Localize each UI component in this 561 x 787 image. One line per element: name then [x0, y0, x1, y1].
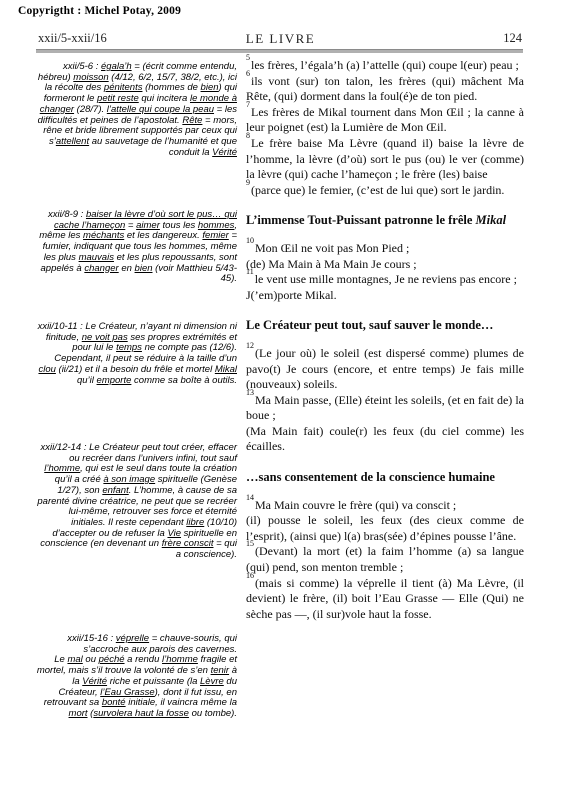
- verse-number: 6: [246, 69, 251, 78]
- verse-number: 12: [246, 341, 255, 350]
- verse-text: J(’em)porte Mikal.: [246, 288, 337, 302]
- verse: 14Ma Main couvre le frère (qui) va consc…: [246, 498, 524, 514]
- margin-note: xxii/10-11 : Le Créateur, n’ayant ni dim…: [36, 322, 237, 386]
- note-keyword: pénitents: [104, 82, 143, 93]
- note-keyword: à son image: [103, 474, 155, 485]
- verse-number: 13: [246, 388, 255, 397]
- note-keyword: ne voit pas: [82, 332, 128, 343]
- note-text: qu’il: [77, 375, 97, 386]
- verse: 7Les frères de Mikal tournent dans Mon Œ…: [246, 105, 524, 136]
- verse-text: (Ma Main fait) coule(r) les feux (du cie…: [246, 424, 524, 454]
- margin-notes: xxii/5-6 : égala’h = (écrit comme entend…: [36, 0, 237, 787]
- note-keyword: Rête: [182, 115, 202, 126]
- note-keyword: survolera haut la fosse: [93, 708, 189, 719]
- verse-number: 8: [246, 131, 251, 140]
- note-keyword: clou: [38, 364, 55, 375]
- verse-number: 10: [246, 236, 255, 245]
- margin-note: xxii/12-14 : Le Créateur peut tout créer…: [36, 443, 237, 561]
- verse-text: ils vont (sur) ton talon, les frères (qu…: [246, 74, 524, 104]
- verse-text: (Devant) la mort (et) la faim l’homme (a…: [246, 544, 524, 574]
- verse: 16(mais si comme) la véprelle il tient (…: [246, 576, 524, 623]
- verse-number: 7: [246, 100, 251, 109]
- note-keyword: libre: [186, 517, 204, 528]
- note-text: =: [125, 220, 136, 231]
- verse: 5les frères, l’égala’h (a) l’attelle (qu…: [246, 58, 524, 74]
- note-keyword: petit reste: [97, 93, 139, 104]
- verse-text: (mais si comme) la véprelle il tient (à)…: [246, 576, 524, 621]
- book-page: Copyrigtht : Michel Potay, 2009 LE LIVRE…: [0, 0, 561, 787]
- note-keyword: l’homme: [162, 654, 198, 665]
- note-text: Le: [54, 654, 67, 665]
- note-text: initiale, il vaincra même la: [126, 697, 237, 708]
- note-keyword: Lèvre: [200, 676, 224, 687]
- note-keyword: mal: [67, 654, 82, 665]
- verse-text: (Le jour où) le soleil (est dispersé com…: [246, 346, 524, 391]
- note-keyword: femier: [202, 230, 228, 241]
- note-keyword: bien: [201, 82, 219, 93]
- verse-number: 11: [246, 267, 255, 276]
- section-heading: …sans consentement de la conscience huma…: [246, 470, 524, 486]
- verse: J(’em)porte Mikal.: [246, 288, 524, 304]
- note-keyword: changer: [84, 263, 118, 274]
- verse-number: 9: [246, 178, 251, 187]
- verse-text: Ma Main couvre le frère (qui) va conscit…: [255, 498, 456, 512]
- note-keyword: Mikal: [215, 364, 237, 375]
- verse-text: (de) Ma Main à Ma Main Je cours ;: [246, 257, 417, 271]
- note-keyword: moisson: [73, 72, 108, 83]
- note-keyword: péché: [99, 654, 125, 665]
- note-text: xxii/5-6 :: [63, 61, 101, 72]
- verse: 11le vent use mille montagnes, Je ne rev…: [246, 272, 524, 288]
- margin-note: xxii/15-16 : véprelle = chauve-souris, q…: [36, 634, 237, 720]
- verse-text: (il) pousse le soleil, les feux (des cie…: [246, 513, 524, 543]
- note-keyword: Vie: [167, 528, 181, 539]
- heading-text: …sans consentement de la conscience huma…: [246, 470, 495, 484]
- note-keyword: bonté: [102, 697, 126, 708]
- verse: 6ils vont (sur) ton talon, les frères (q…: [246, 74, 524, 105]
- note-keyword: aimer: [136, 220, 160, 231]
- note-keyword: enfant: [102, 485, 128, 496]
- note-text: a rendu: [125, 654, 163, 665]
- main-text-column: 5les frères, l’égala’h (a) l’attelle (qu…: [246, 58, 524, 622]
- note-keyword: attellent: [56, 136, 89, 147]
- note-keyword: l’Eau Grasse: [100, 687, 154, 698]
- verse-text: Ma Main passe, (Elle) éteint les soleils…: [246, 393, 524, 423]
- page-number: 124: [503, 31, 522, 46]
- note-text: xxii/15-16 :: [67, 633, 116, 644]
- section-heading: Le Créateur peut tout, sauf sauver le mo…: [246, 318, 524, 334]
- verse: 10Mon Œil ne voit pas Mon Pied ;: [246, 241, 524, 257]
- note-keyword: bien: [135, 263, 153, 274]
- note-text: ou: [83, 654, 99, 665]
- note-keyword: temps: [116, 342, 142, 353]
- note-keyword: véprelle: [116, 633, 149, 644]
- note-keyword: tenir: [211, 665, 229, 676]
- verse: (Ma Main fait) coule(r) les feux (du cie…: [246, 424, 524, 455]
- verse-text: Mon Œil ne voit pas Mon Pied ;: [255, 241, 409, 255]
- note-text: (28/7).: [74, 104, 107, 115]
- note-text: (hommes de: [142, 82, 200, 93]
- verse: 12(Le jour où) le soleil (est dispersé c…: [246, 346, 524, 393]
- verse-number: 5: [246, 53, 251, 62]
- verse-text: Les frères de Mikal tournent dans Mon Œi…: [246, 105, 524, 135]
- note-text: et les dangereux.: [124, 230, 202, 241]
- note-keyword: frère conscit: [162, 538, 214, 549]
- note-keyword: égala’h: [101, 61, 132, 72]
- note-text: (ii/21) et il a besoin du frêle et morte…: [56, 364, 215, 375]
- note-text: qui incitera: [139, 93, 190, 104]
- note-text: (voir Matthieu 5/43-45).: [153, 263, 237, 285]
- note-text: tous les: [160, 220, 198, 231]
- note-keyword: mort: [69, 708, 88, 719]
- margin-note: xxii/5-6 : égala’h = (écrit comme entend…: [36, 62, 237, 158]
- margin-note: xxii/8-9 : baiser la lèvre d’où sort le …: [36, 210, 237, 285]
- verse: (de) Ma Main à Ma Main Je cours ;: [246, 257, 524, 273]
- note-text: xxii/12-14 : Le Créateur peut tout créer…: [41, 442, 237, 464]
- note-text: comme sa boîte à outils.: [131, 375, 237, 386]
- verse-text: les frères, l’égala’h (a) l’attelle (qui…: [251, 58, 519, 72]
- verse-number: 16: [246, 571, 255, 580]
- note-keyword: hommes: [198, 220, 234, 231]
- verse: 9(parce que) le femier, (c’est de lui qu…: [246, 183, 524, 199]
- heading-text: L’immense Tout-Puissant patronne le frêl…: [246, 213, 476, 227]
- verse: (il) pousse le soleil, les feux (des cie…: [246, 513, 524, 544]
- note-keyword: mauvais: [79, 252, 114, 263]
- verse: 13Ma Main passe, (Elle) éteint les solei…: [246, 393, 524, 424]
- note-keyword: l’homme: [44, 463, 80, 474]
- note-keyword: Vérité: [212, 147, 237, 158]
- verse: 15(Devant) la mort (et) la faim l’homme …: [246, 544, 524, 575]
- note-text: riche et puissante (la: [107, 676, 200, 687]
- note-keyword: l’attelle qui coupe la peau: [107, 104, 214, 115]
- verse-number: 14: [246, 493, 255, 502]
- note-keyword: Vérité: [82, 676, 107, 687]
- heading-text: Le Créateur peut tout, sauf sauver le mo…: [246, 318, 493, 332]
- note-keyword: méchants: [83, 230, 124, 241]
- heading-italic-text: Mikal: [476, 213, 507, 227]
- verse-text: Le frère baise Ma Lèvre (quand il) baise…: [246, 136, 524, 181]
- verse: 8Le frère baise Ma Lèvre (quand il) bais…: [246, 136, 524, 183]
- verse-text: le vent use mille montagnes, Je ne revie…: [255, 272, 517, 286]
- note-text: en: [119, 263, 135, 274]
- verse-number: 15: [246, 539, 255, 548]
- note-text: ou tombe).: [189, 708, 237, 719]
- verse-text: (parce que) le femier, (c’est de lui que…: [251, 183, 504, 197]
- note-keyword: emporte: [97, 375, 132, 386]
- section-heading: L’immense Tout-Puissant patronne le frêl…: [246, 213, 524, 229]
- note-text: xxii/8-9 :: [48, 209, 86, 220]
